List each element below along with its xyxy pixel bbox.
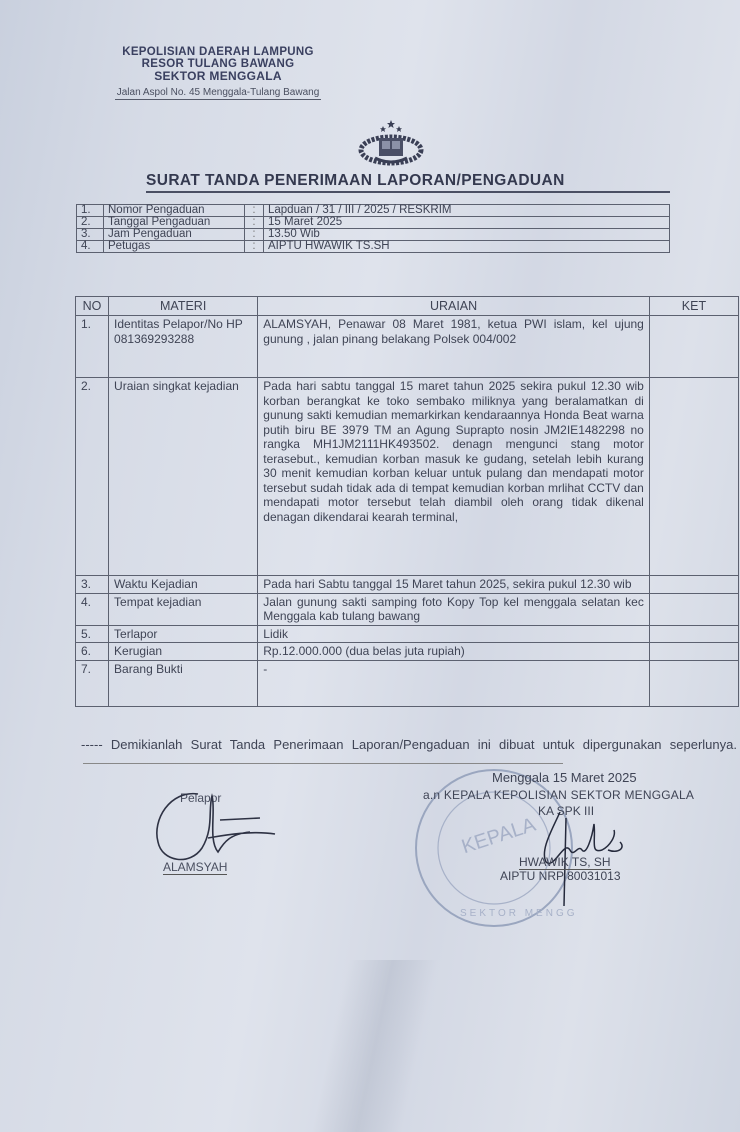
table-row: 1. Identitas Pelapor/No HP 081369293288 … <box>76 316 739 378</box>
row-no: 7. <box>76 660 109 706</box>
row-no: 1. <box>76 316 109 378</box>
row-uraian: - <box>258 660 650 706</box>
info-row: 2. Tanggal Pengaduan : 15 Maret 2025 <box>77 217 670 229</box>
info-no: 3. <box>77 229 104 241</box>
row-materi: Uraian singkat kejadian <box>109 378 258 576</box>
closing-statement: ----- Demikianlah Surat Tanda Penerimaan… <box>81 736 737 772</box>
row-no: 3. <box>76 576 109 594</box>
table-row: 7. Barang Bukti - <box>76 660 739 706</box>
info-label: Jam Pengaduan <box>104 229 245 241</box>
info-row: 4. Petugas : AIPTU HWAWIK TS.SH <box>77 241 670 253</box>
letterhead-line-1: KEPOLISIAN DAERAH LAMPUNG <box>86 46 350 58</box>
row-materi: Waktu Kejadian <box>109 576 258 594</box>
info-value: 13.50 Wib <box>264 229 670 241</box>
row-no: 6. <box>76 643 109 661</box>
svg-text:KEPALA: KEPALA <box>459 814 539 859</box>
row-materi: Tempat kejadian <box>109 593 258 625</box>
row-uraian: Pada hari sabtu tanggal 15 maret tahun 2… <box>258 378 650 576</box>
letterhead-line-3: SEKTOR MENGGALA <box>86 70 350 82</box>
letterhead: KEPOLISIAN DAERAH LAMPUNG RESOR TULANG B… <box>86 46 350 100</box>
closing-text: ----- Demikianlah Surat Tanda Penerimaan… <box>81 737 737 752</box>
info-no: 2. <box>77 217 104 229</box>
header-ket: KET <box>649 297 738 316</box>
row-uraian: Jalan gunung sakti samping foto Kopy Top… <box>258 593 650 625</box>
info-label: Tanggal Pengaduan <box>104 217 245 229</box>
info-label: Petugas <box>104 241 245 253</box>
row-no: 5. <box>76 625 109 643</box>
row-materi: Barang Bukti <box>109 660 258 706</box>
row-ket <box>649 593 738 625</box>
officer-rank-nrp: AIPTU NRP 80031013 <box>500 869 621 883</box>
row-no: 4. <box>76 593 109 625</box>
row-uraian: Rp.12.000.000 (dua belas juta rupiah) <box>258 643 650 661</box>
info-value: Lapduan / 31 / III / 2025 / RESKRIM <box>264 205 670 217</box>
info-separator: : <box>245 205 264 217</box>
row-no: 2. <box>76 378 109 576</box>
document-title: SURAT TANDA PENERIMAAN LAPORAN/PENGADUAN <box>146 172 670 193</box>
info-label: Nomor Pengaduan <box>104 205 245 217</box>
info-row: 3. Jam Pengaduan : 13.50 Wib <box>77 229 670 241</box>
table-header-row: NO MATERI URAIAN KET <box>76 297 739 316</box>
info-separator: : <box>245 229 264 241</box>
row-uraian: Pada hari Sabtu tanggal 15 Maret tahun 2… <box>258 576 650 594</box>
row-ket <box>649 660 738 706</box>
reporter-name: ALAMSYAH <box>163 860 227 875</box>
info-separator: : <box>245 217 264 229</box>
row-ket <box>649 378 738 576</box>
row-ket <box>649 625 738 643</box>
complaint-info-table: 1. Nomor Pengaduan : Lapduan / 31 / III … <box>76 204 670 253</box>
paper-fold-shadow <box>312 960 439 1132</box>
police-emblem-icon <box>355 118 427 168</box>
header-materi: MATERI <box>109 297 258 316</box>
reporter-signature <box>150 790 280 870</box>
info-row: 1. Nomor Pengaduan : Lapduan / 31 / III … <box>77 205 670 217</box>
table-row: 5. Terlapor Lidik <box>76 625 739 643</box>
row-ket <box>649 643 738 661</box>
officer-name: HWAWIK TS, SH <box>519 855 611 870</box>
header-uraian: URAIAN <box>258 297 650 316</box>
info-no: 1. <box>77 205 104 217</box>
on-behalf-title: a.n KEPALA KEPOLISIAN SEKTOR MENGGALA <box>423 788 694 802</box>
table-row: 4. Tempat kejadian Jalan gunung sakti sa… <box>76 593 739 625</box>
row-materi: Kerugian <box>109 643 258 661</box>
row-uraian: Lidik <box>258 625 650 643</box>
info-value: AIPTU HWAWIK TS.SH <box>264 241 670 253</box>
report-details-table: NO MATERI URAIAN KET 1. Identitas Pelapo… <box>75 296 739 707</box>
letterhead-address: Jalan Aspol No. 45 Menggala-Tulang Bawan… <box>115 87 322 100</box>
row-uraian: ALAMSYAH, Penawar 08 Maret 1981, ketua P… <box>258 316 650 378</box>
table-row: 3. Waktu Kejadian Pada hari Sabtu tangga… <box>76 576 739 594</box>
info-value: 15 Maret 2025 <box>264 217 670 229</box>
place-date: Menggala 15 Maret 2025 <box>492 770 637 785</box>
row-ket <box>649 576 738 594</box>
info-no: 4. <box>77 241 104 253</box>
row-materi: Identitas Pelapor/No HP 081369293288 <box>109 316 258 378</box>
table-row: 6. Kerugian Rp.12.000.000 (dua belas jut… <box>76 643 739 661</box>
row-ket <box>649 316 738 378</box>
row-materi: Terlapor <box>109 625 258 643</box>
table-row: 2. Uraian singkat kejadian Pada hari sab… <box>76 378 739 576</box>
info-separator: : <box>245 241 264 253</box>
header-no: NO <box>76 297 109 316</box>
